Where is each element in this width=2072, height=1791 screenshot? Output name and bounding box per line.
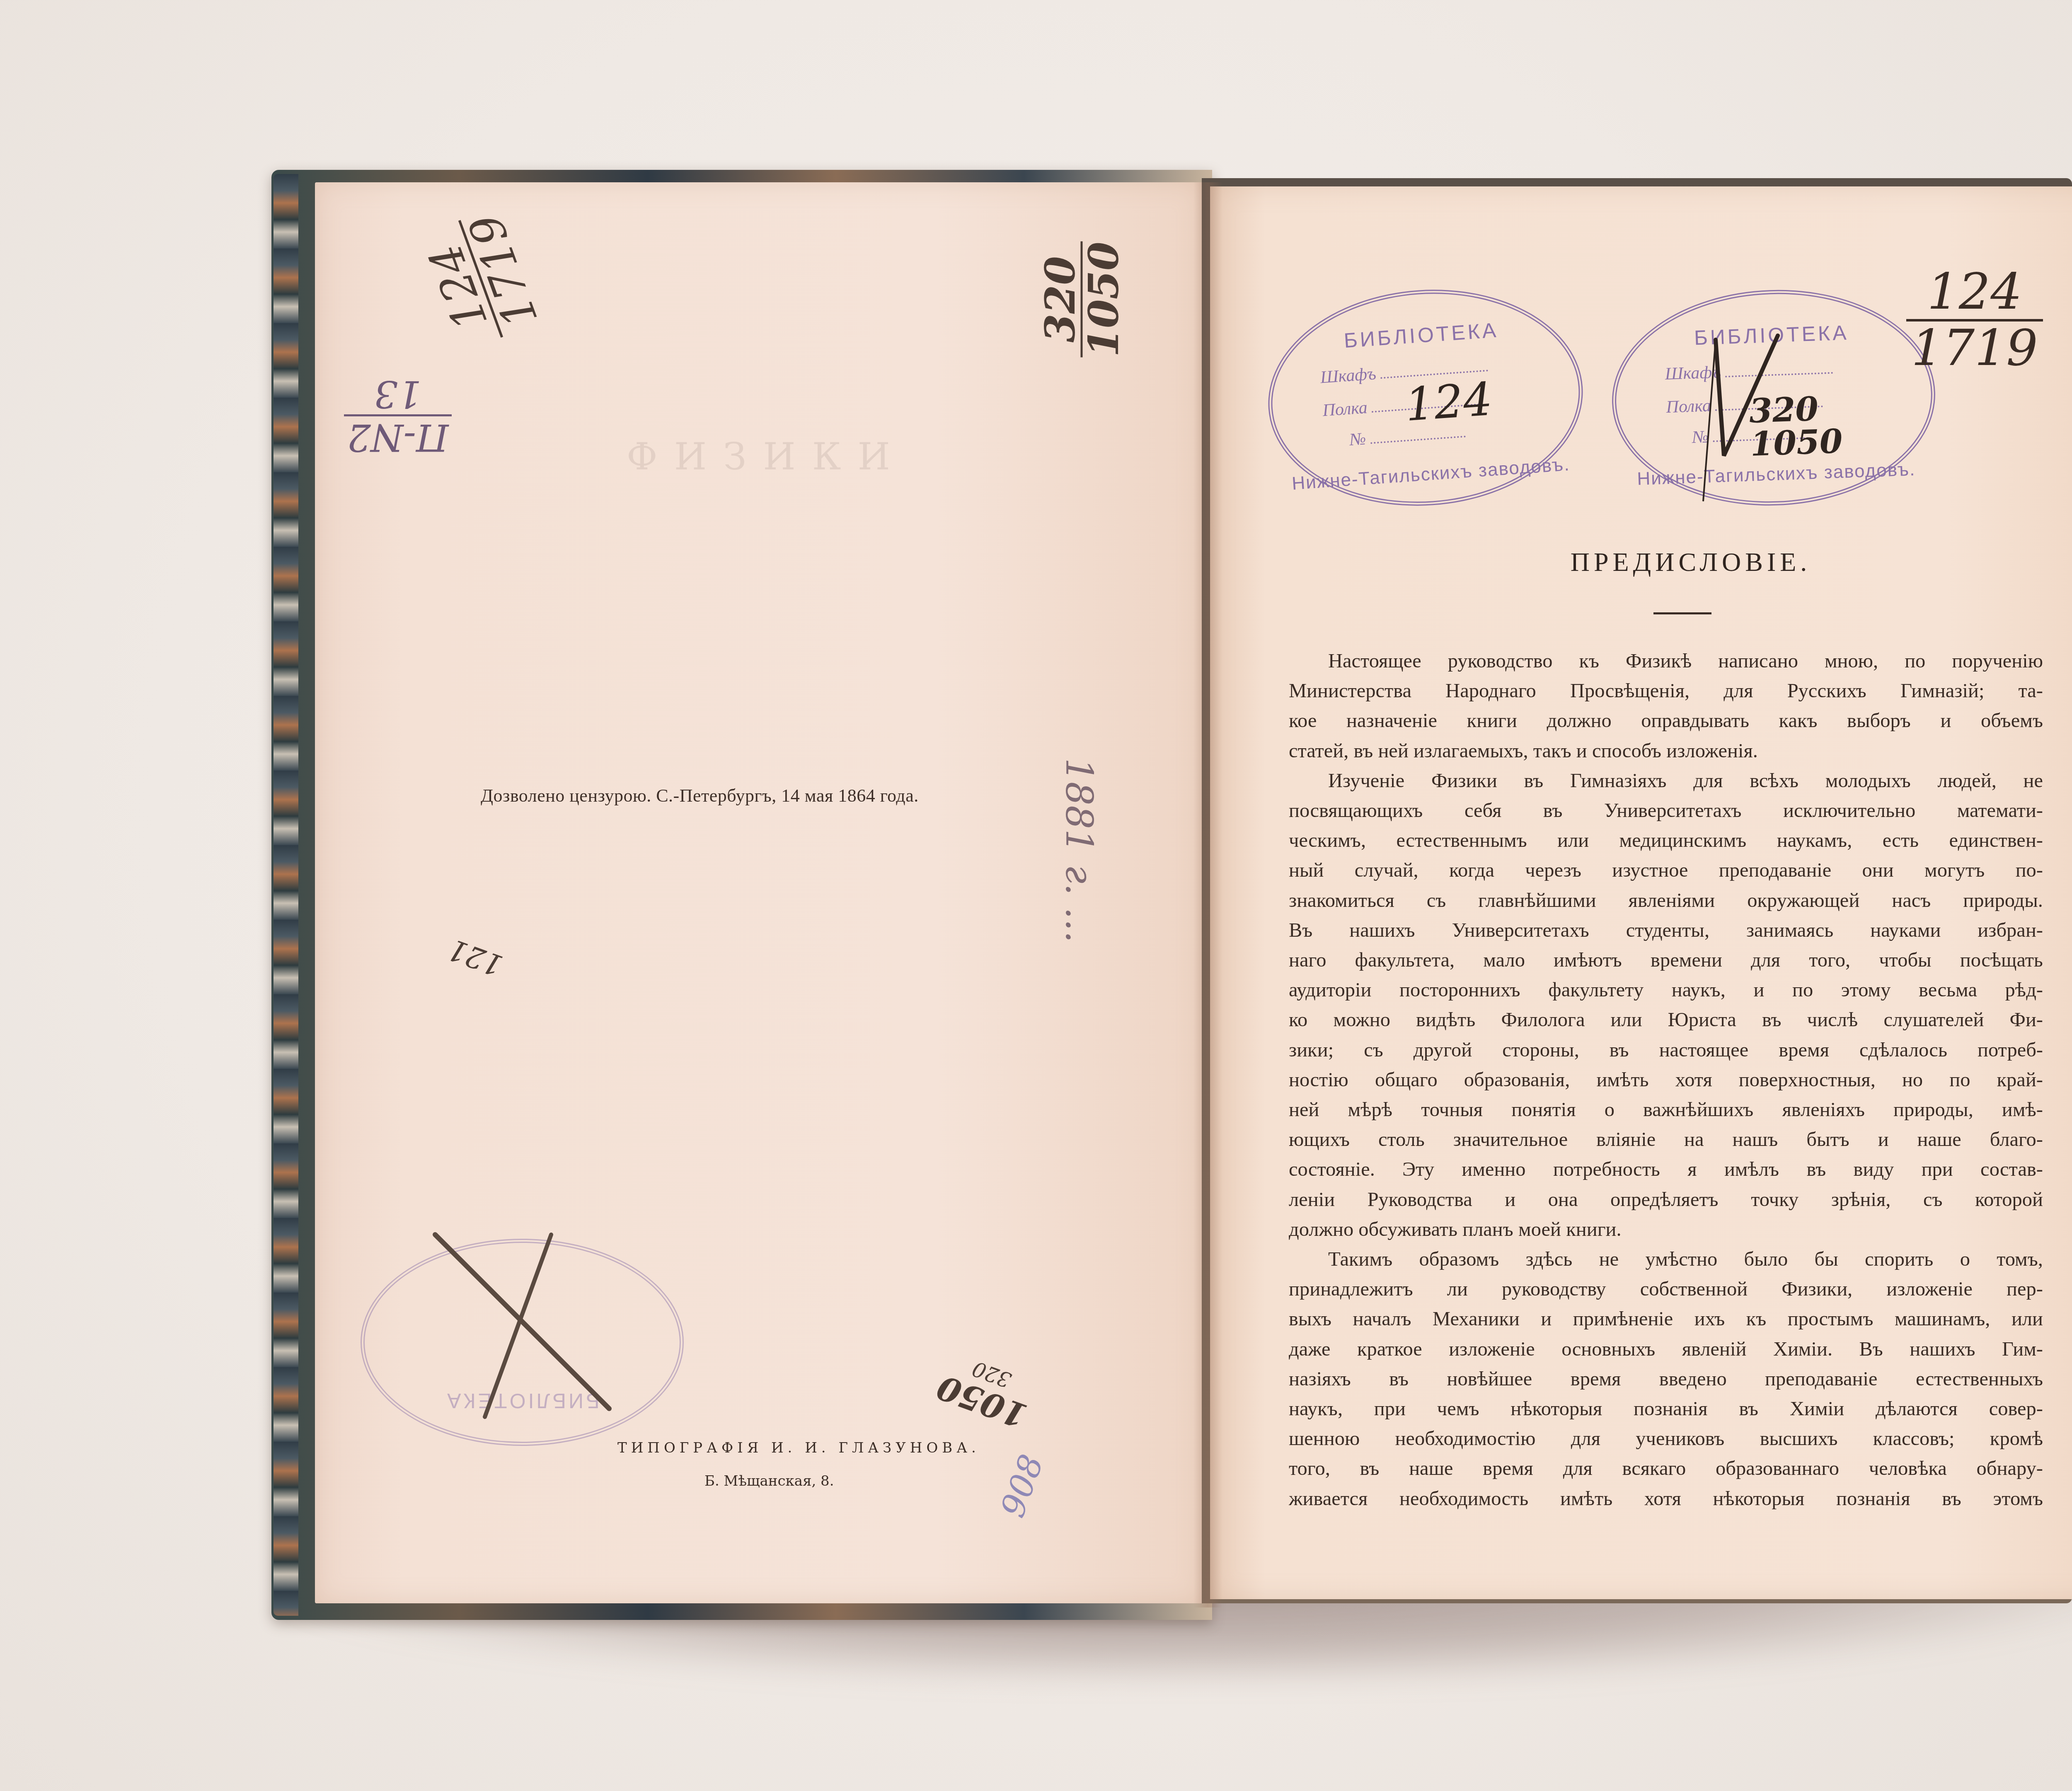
text-line: Въ нашихъ Университетахъ студенты, заним… [1289,916,2043,945]
handwritten-fraction-left-margin: П-N2 13 [344,373,452,458]
text-line: назіяхъ въ новѣйшее время введено препод… [1289,1364,2043,1394]
text-line: знакомиться съ главнѣйшими явленіями окр… [1289,886,2043,916]
censor-approval-line: Дозволено цензурою. С.-Петербургъ, 14 ма… [481,785,1061,806]
book-photo-scene: ФИЗИКИ Дозволено цензурою. С.-Петербургъ… [0,0,2072,1791]
vertical-pencil-note: 1881 г. ... [1057,758,1101,943]
text-line: посвящающихъ себя въ Университетахъ искл… [1289,796,2043,826]
text-line: аудиторіи постороннихъ факультету наукъ,… [1289,975,2043,1005]
text-line: ный случай, когда черезъ изустное препод… [1289,856,2043,885]
text-line: ней мѣрѣ точныя понятія о важнѣйшихъ явл… [1289,1095,2043,1125]
page-heading: ПРЕДИСЛОВІЕ. [1533,547,1848,578]
text-line: даже краткое изложеніе основныхъ явленій… [1289,1334,2043,1364]
text-line: Министерства Народнаго Просвѣщенія, для … [1289,676,2043,706]
text-line: Настоящее руководство къ Физикѣ написано… [1289,646,2043,676]
stamp-handwritten-number: 124 [1404,372,1494,431]
text-line: леніи Руководства и она опредѣляетъ точк… [1289,1185,2043,1215]
text-line: должно обсуживать планъ моей книги. [1289,1215,2043,1245]
text-line: выхъ началъ Механики и примѣненіе ихъ къ… [1289,1304,2043,1334]
text-line: принадлежитъ ли руководству собственной … [1289,1274,2043,1304]
text-line: зики; съ другой стороны, въ настоящее вр… [1289,1035,2043,1065]
text-line: наго факультета, мало имѣютъ времени для… [1289,945,2043,975]
text-line: шенною необходимостію для учениковъ высш… [1289,1424,2043,1454]
marbled-cover-edge [274,174,298,1616]
text-line: живается необходимость имѣть хотя нѣкото… [1289,1484,2043,1514]
printer-address: Б. Мѣщанская, 8. [704,1473,912,1489]
handwritten-fraction-top-right: 320 1050 [1039,242,1124,358]
text-line: ностію общаго образованія, имѣть хотя по… [1289,1065,2043,1095]
text-line: ко можно видѣть Филолога или Юриста въ ч… [1289,1005,2043,1035]
cross-out-mark-icon [414,1226,646,1442]
preface-body-text: Настоящее руководство къ Физикѣ написано… [1289,646,2043,1514]
text-line: статей, въ ней излагаемыхъ, такъ и спосо… [1289,736,2043,766]
text-line: ющихъ столь значительное вліяніе на нашъ… [1289,1125,2043,1155]
text-line: Изученіе Физики въ Гимназіяхъ для всѣхъ … [1289,766,2043,796]
book-gutter [1193,182,1222,1607]
heading-divider [1653,612,1711,614]
text-line: кое назначеніе книги должно оправдывать … [1289,706,2043,736]
check-mark-icon [1699,331,1782,505]
show-through-title-ghost: ФИЗИКИ [456,435,1077,468]
handwritten-shelfmark: 124 1719 [1906,265,2043,375]
text-line: состояніе. Эту именно потребность я имѣл… [1289,1155,2043,1184]
text-line: того, въ наше время для всякаго образова… [1289,1454,2043,1484]
text-line: ческимъ, естественнымъ или медицинскимъ … [1289,826,2043,856]
text-line: наукъ, при чемъ нѣкоторыя познанія въ Хи… [1289,1394,2043,1424]
text-line: Такимъ образомъ здѣсь не умѣстно было бы… [1289,1245,2043,1274]
printer-name: ТИПОГРАФІЯ И. И. ГЛАЗУНОВА. [617,1440,949,1456]
